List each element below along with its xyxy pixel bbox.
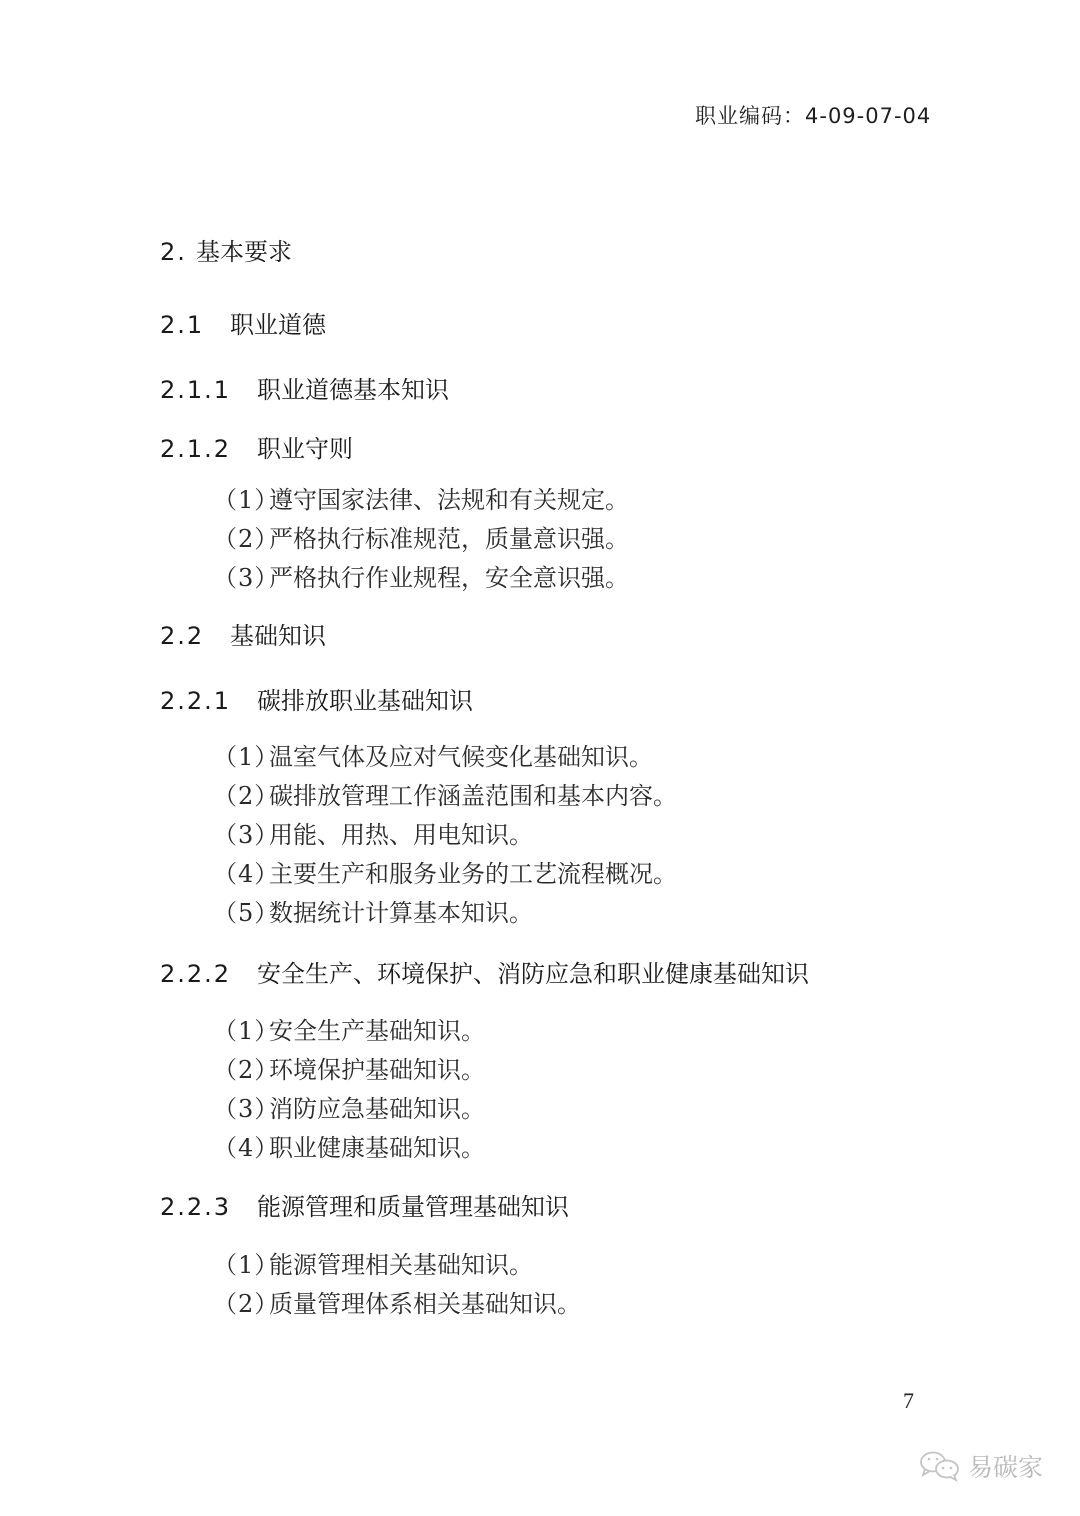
list-item: （1）安全生产基础知识。 [213,1011,485,1046]
list-item: （3）消防应急基础知识。 [213,1089,485,1124]
list-item: （2）碳排放管理工作涵盖范围和基本内容。 [213,776,677,811]
heading-code-of-conduct: 2.1.2职业守则 [160,429,353,464]
occupation-code: 职业编码：4-09-07-04 [695,100,931,130]
list-item-index: （4） [213,854,269,889]
heading-title: 能源管理和质量管理基础知识 [257,1193,569,1221]
heading-number: 2.1.1 [160,376,257,404]
list-item-text: 能源管理相关基础知识。 [269,1251,533,1279]
list-item-index: （3） [213,558,269,593]
list-item-index: （5） [213,893,269,928]
list-item-index: （1） [213,1011,269,1046]
watermark-text: 易碳家 [968,1448,1043,1484]
list-item: （3）用能、用热、用电知识。 [213,815,533,850]
list-item: （2）质量管理体系相关基础知识。 [213,1284,581,1319]
heading-title: 基础知识 [230,622,326,650]
list-item-index: （3） [213,815,269,850]
heading-number: 2.2 [160,622,230,650]
list-item-text: 安全生产基础知识。 [269,1017,485,1045]
list-item: （2）环境保护基础知识。 [213,1050,485,1085]
heading-number: 2.2.1 [160,687,257,715]
list-item-text: 主要生产和服务业务的工艺流程概况。 [269,860,677,888]
heading-title: 职业守则 [257,435,353,463]
list-item-index: （2） [213,1050,269,1085]
list-item-text: 数据统计计算基本知识。 [269,899,533,927]
list-item: （1）能源管理相关基础知识。 [213,1245,533,1280]
list-item: （4）职业健康基础知识。 [213,1128,485,1163]
list-item-index: （4） [213,1128,269,1163]
list-item-index: （1） [213,737,269,772]
list-item-index: （1） [213,480,269,515]
heading-carbon-emission-basics: 2.2.1碳排放职业基础知识 [160,681,473,716]
list-item-text: 温室气体及应对气候变化基础知识。 [269,743,653,771]
heading-title: 碳排放职业基础知识 [257,687,473,715]
list-item: （3）严格执行作业规程，安全意识强。 [213,558,629,593]
heading-safety-environment-health: 2.2.2安全生产、环境保护、消防应急和职业健康基础知识 [160,954,809,989]
heading-basic-requirements: 2.基本要求 [160,232,292,267]
heading-number: 2.1 [160,311,230,339]
list-item-text: 严格执行标准规范，质量意识强。 [269,525,629,553]
heading-number: 2.2.2 [160,960,257,988]
list-item: （1）遵守国家法律、法规和有关规定。 [213,480,629,515]
list-item-index: （2） [213,776,269,811]
list-item: （2）严格执行标准规范，质量意识强。 [213,519,629,554]
list-item-text: 环境保护基础知识。 [269,1056,485,1084]
heading-number: 2. [160,238,196,266]
list-item-text: 质量管理体系相关基础知识。 [269,1290,581,1318]
heading-number: 2.2.3 [160,1193,257,1221]
heading-title: 基本要求 [196,238,292,266]
list-item-text: 用能、用热、用电知识。 [269,821,533,849]
heading-title: 职业道德基本知识 [257,376,449,404]
list-item: （5）数据统计计算基本知识。 [213,893,533,928]
heading-energy-quality-management: 2.2.3能源管理和质量管理基础知识 [160,1187,569,1222]
heading-number: 2.1.2 [160,435,257,463]
list-item-text: 职业健康基础知识。 [269,1134,485,1162]
list-item-index: （3） [213,1089,269,1124]
heading-professional-ethics: 2.1职业道德 [160,305,326,340]
list-item: （4）主要生产和服务业务的工艺流程概况。 [213,854,677,889]
list-item: （1）温室气体及应对气候变化基础知识。 [213,737,653,772]
wechat-icon [918,1450,962,1482]
list-item-text: 遵守国家法律、法规和有关规定。 [269,486,629,514]
heading-title: 职业道德 [230,311,326,339]
list-item-index: （2） [213,519,269,554]
list-item-text: 严格执行作业规程，安全意识强。 [269,564,629,592]
list-item-index: （1） [213,1245,269,1280]
list-item-index: （2） [213,1284,269,1319]
watermark: 易碳家 [918,1448,1043,1484]
list-item-text: 消防应急基础知识。 [269,1095,485,1123]
heading-foundational-knowledge: 2.2基础知识 [160,616,326,651]
heading-title: 安全生产、环境保护、消防应急和职业健康基础知识 [257,960,809,988]
page-number: 7 [903,1388,914,1414]
list-item-text: 碳排放管理工作涵盖范围和基本内容。 [269,782,677,810]
heading-ethics-basics: 2.1.1职业道德基本知识 [160,370,449,405]
